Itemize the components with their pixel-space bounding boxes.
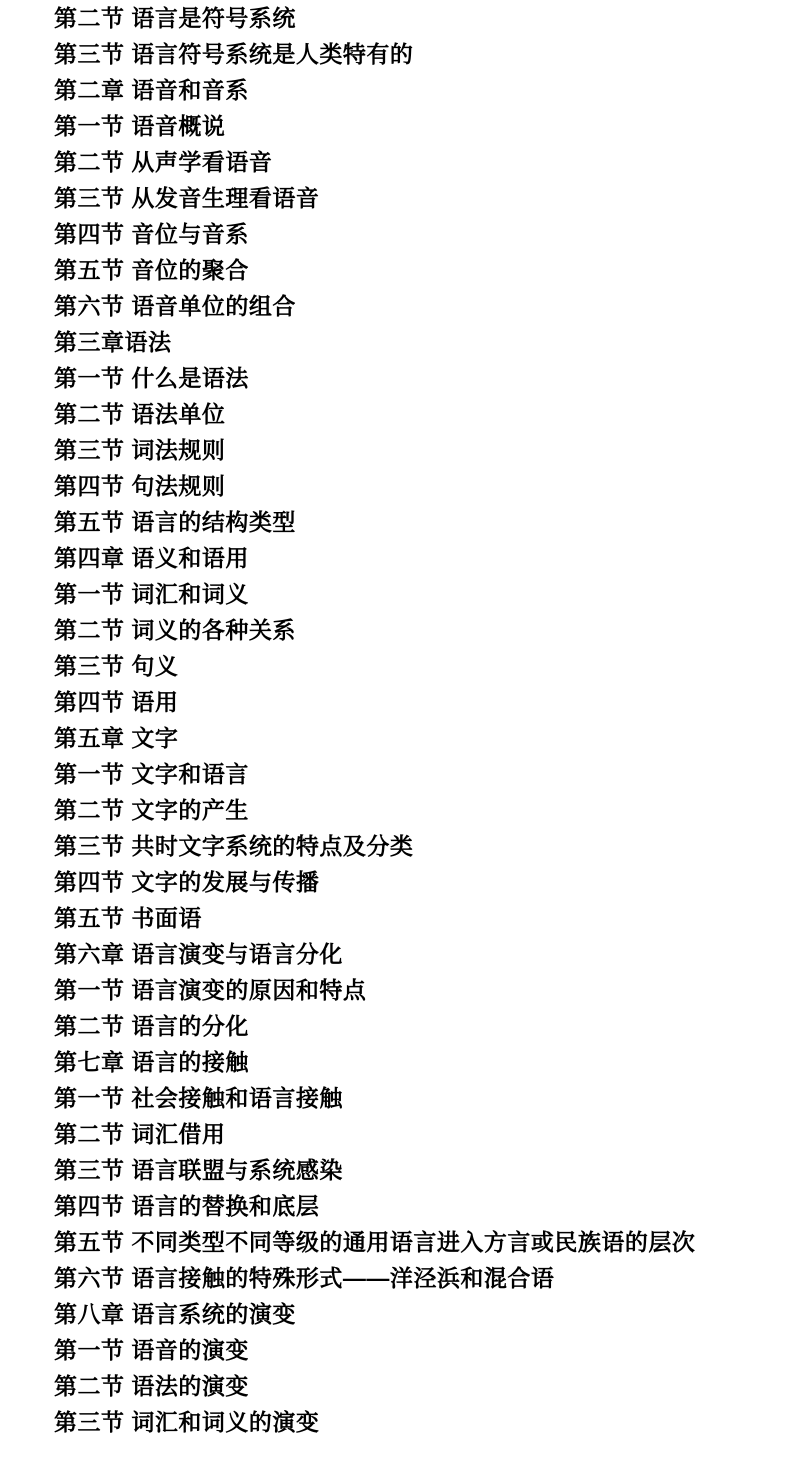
toc-entry: 第三节 语言联盟与系统感染 — [54, 1152, 780, 1188]
toc-entry: 第五节 音位的聚合 — [54, 252, 780, 288]
toc-entry: 第六章 语言演变与语言分化 — [54, 936, 780, 972]
toc-entry: 第一节 社会接触和语言接触 — [54, 1080, 780, 1116]
toc-entry: 第四节 语言的替换和底层 — [54, 1188, 780, 1224]
toc-entry: 第一节 词汇和词义 — [54, 576, 780, 612]
toc-entry: 第一节 什么是语法 — [54, 360, 780, 396]
toc-entry: 第三节 词汇和词义的演变 — [54, 1404, 780, 1440]
toc-entry: 第四节 语用 — [54, 684, 780, 720]
toc-entry: 第二节 文字的产生 — [54, 792, 780, 828]
toc-entry: 第二章 语音和音系 — [54, 72, 780, 108]
toc-entry: 第一节 语音的演变 — [54, 1332, 780, 1368]
toc-list: 第二节 语言是符号系统第三节 语言符号系统是人类特有的第二章 语音和音系第一节 … — [54, 0, 780, 1440]
toc-entry: 第二节 语言是符号系统 — [54, 0, 780, 36]
toc-entry: 第三节 句义 — [54, 648, 780, 684]
toc-entry: 第一节 文字和语言 — [54, 756, 780, 792]
toc-entry: 第五节 不同类型不同等级的通用语言进入方言或民族语的层次 — [54, 1224, 780, 1260]
toc-entry: 第三节 共时文字系统的特点及分类 — [54, 828, 780, 864]
toc-entry: 第二节 语言的分化 — [54, 1008, 780, 1044]
toc-entry: 第八章 语言系统的演变 — [54, 1296, 780, 1332]
toc-entry: 第二节 词汇借用 — [54, 1116, 780, 1152]
toc-entry: 第二节 语法的演变 — [54, 1368, 780, 1404]
toc-entry: 第一节 语言演变的原因和特点 — [54, 972, 780, 1008]
toc-entry: 第五节 语言的结构类型 — [54, 504, 780, 540]
toc-entry: 第五章 文字 — [54, 720, 780, 756]
toc-entry: 第四节 文字的发展与传播 — [54, 864, 780, 900]
toc-entry: 第三节 语言符号系统是人类特有的 — [54, 36, 780, 72]
toc-entry: 第三节 词法规则 — [54, 432, 780, 468]
toc-entry: 第六节 语音单位的组合 — [54, 288, 780, 324]
toc-entry: 第五节 书面语 — [54, 900, 780, 936]
toc-entry: 第二节 从声学看语音 — [54, 144, 780, 180]
toc-page: 第二节 语言是符号系统第三节 语言符号系统是人类特有的第二章 语音和音系第一节 … — [0, 0, 790, 1459]
toc-entry: 第三节 从发音生理看语音 — [54, 180, 780, 216]
toc-entry: 第二节 语法单位 — [54, 396, 780, 432]
toc-entry: 第一节 语音概说 — [54, 108, 780, 144]
toc-entry: 第四章 语义和语用 — [54, 540, 780, 576]
toc-entry: 第二节 词义的各种关系 — [54, 612, 780, 648]
toc-entry: 第七章 语言的接触 — [54, 1044, 780, 1080]
toc-entry: 第六节 语言接触的特殊形式——洋泾浜和混合语 — [54, 1260, 780, 1296]
toc-entry: 第三章语法 — [54, 324, 780, 360]
toc-entry: 第四节 音位与音系 — [54, 216, 780, 252]
toc-entry: 第四节 句法规则 — [54, 468, 780, 504]
